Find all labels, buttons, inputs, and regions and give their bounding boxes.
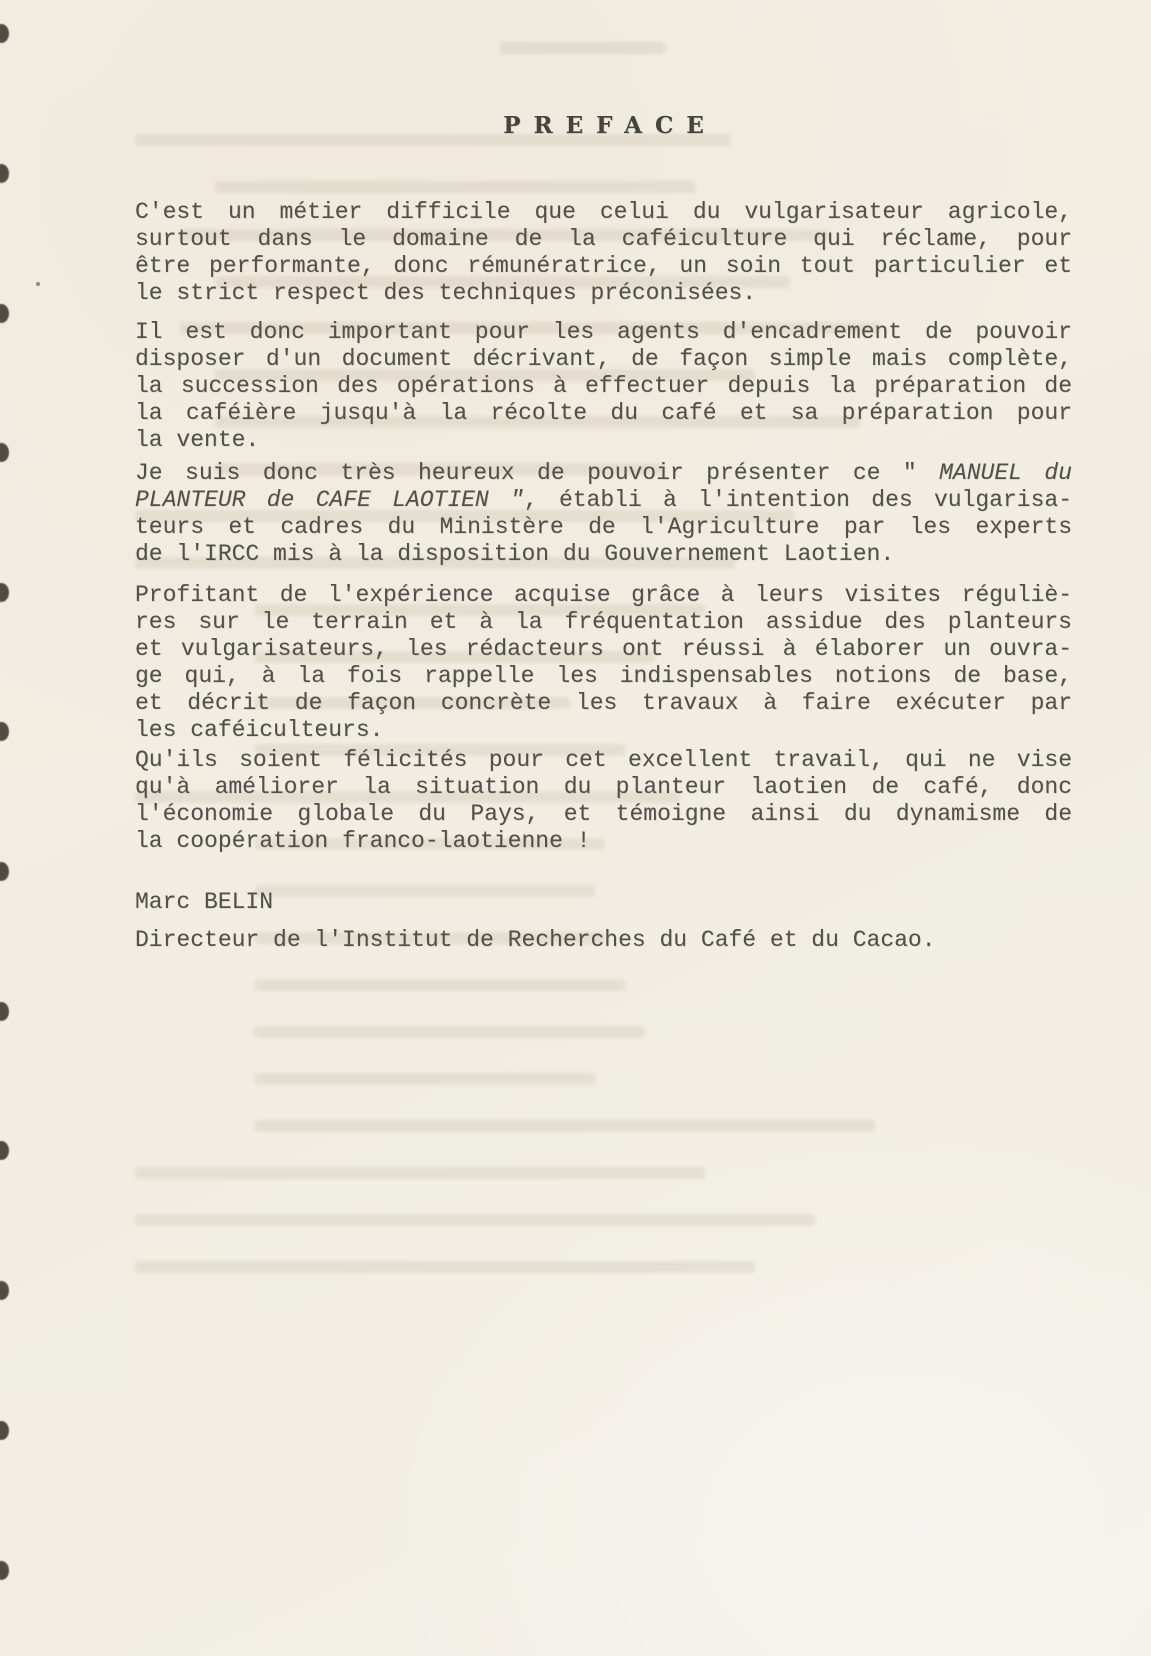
book-title-segment: PLANTEUR de CAFE LAOTIEN " xyxy=(135,487,524,513)
text-line: l'économie globale du Pays, et témoigne … xyxy=(135,801,1072,828)
text-line: Il est donc important pour les agents d'… xyxy=(135,319,1072,346)
bleed-through-line xyxy=(255,1026,645,1038)
text-line: la coopération franco-laotienne ! xyxy=(135,828,1072,855)
text-segment: , établi à l'intention des vulgarisa- xyxy=(524,487,1072,513)
text-line: C'est un métier difficile que celui du v… xyxy=(135,199,1072,226)
text-line: et décrit de façon concrète les travaux … xyxy=(135,690,1072,717)
bleed-through-line xyxy=(135,1261,755,1273)
paragraph: Je suis donc très heureux de pouvoir pré… xyxy=(135,460,1072,568)
text-line: Qu'ils soient félicités pour cet excelle… xyxy=(135,747,1072,774)
paragraph: Profitant de l'expérience acquise grâce … xyxy=(135,582,1072,744)
text-line: disposer d'un document décrivant, de faç… xyxy=(135,346,1072,373)
text-line: teurs et cadres du Ministère de l'Agricu… xyxy=(135,514,1072,541)
text-line: la caféière jusqu'à la récolte du café e… xyxy=(135,400,1072,427)
book-title-segment: MANUEL du xyxy=(939,460,1072,486)
text-line: et vulgarisateurs, les rédacteurs ont ré… xyxy=(135,636,1072,663)
binding-mark xyxy=(0,1141,9,1160)
binding-mark xyxy=(0,164,9,183)
bleed-through-line xyxy=(135,1167,705,1179)
binding-mark xyxy=(0,1281,9,1300)
bleed-through-line xyxy=(255,1073,595,1085)
signature-name: Marc BELIN xyxy=(135,889,1072,916)
text-line: Je suis donc très heureux de pouvoir pré… xyxy=(135,460,1072,487)
scanned-document-page: PREFACE C'est un métier difficile que ce… xyxy=(0,0,1151,1656)
text-line: res sur le terrain et à la fréquentation… xyxy=(135,609,1072,636)
bleed-through-line xyxy=(500,42,665,54)
text-line: Profitant de l'expérience acquise grâce … xyxy=(135,582,1072,609)
text-segment: Je suis donc très heureux de pouvoir pré… xyxy=(135,460,917,486)
text-line: être performante, donc rémunératrice, un… xyxy=(135,253,1072,280)
text-line: PLANTEUR de CAFE LAOTIEN ", établi à l'i… xyxy=(135,487,1072,514)
text-line: de l'IRCC mis à la disposition du Gouver… xyxy=(135,541,1072,568)
text-line: surtout dans le domaine de la caféicultu… xyxy=(135,226,1072,253)
signature-role: Directeur de l'Institut de Recherches du… xyxy=(135,927,1072,954)
text-line: ge qui, à la fois rappelle les indispens… xyxy=(135,663,1072,690)
binding-mark xyxy=(0,583,9,602)
bleed-through-line xyxy=(135,1214,815,1226)
binding-mark xyxy=(0,1421,9,1440)
bleed-through-line xyxy=(255,1120,875,1132)
binding-mark xyxy=(0,1002,9,1021)
text-line: le strict respect des techniques préconi… xyxy=(135,280,1072,307)
binding-mark xyxy=(0,1561,9,1580)
paragraph: Qu'ils soient félicités pour cet excelle… xyxy=(135,747,1072,855)
page-title: PREFACE xyxy=(135,112,1072,139)
binding-mark xyxy=(0,862,9,881)
binding-mark xyxy=(0,304,9,323)
text-line: les caféiculteurs. xyxy=(135,717,1072,744)
paper-speck xyxy=(36,282,40,286)
bleed-through-line xyxy=(215,181,695,193)
binding-mark xyxy=(0,24,9,43)
paragraph: Il est donc important pour les agents d'… xyxy=(135,319,1072,454)
binding-mark xyxy=(0,722,9,741)
text-line: la vente. xyxy=(135,427,1072,454)
text-line: qu'à améliorer la situation du planteur … xyxy=(135,774,1072,801)
bleed-through-line xyxy=(255,979,625,991)
paragraph: C'est un métier difficile que celui du v… xyxy=(135,199,1072,307)
binding-mark xyxy=(0,443,9,462)
text-line: la succession des opérations à effectuer… xyxy=(135,373,1072,400)
